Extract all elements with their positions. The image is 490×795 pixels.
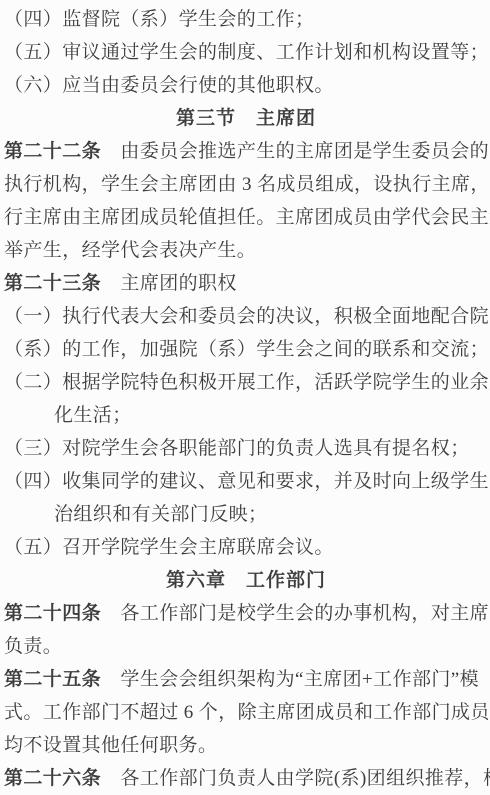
line-text: （系）的工作，加强院（系）学生会之间的联系和交流；: [4, 339, 489, 360]
line-text: 第三节 主席团: [176, 108, 316, 129]
text-line: （四）监督院（系）学生会的工作；: [4, 3, 488, 36]
text-line: 第六章 工作部门: [4, 564, 488, 597]
line-text: 式。工作部门不超过 6 个，除主席团成员和工作部门成员，: [4, 702, 490, 723]
document-page: （四）监督院（系）学生会的工作；（五）审议通过学生会的制度、工作计划和机构设置等…: [0, 0, 490, 795]
line-text: （一）执行代表大会和委员会的决议，积极全面地配合院: [4, 306, 489, 327]
text-line: （三）对院学生会各职能部门的负责人选具有提名权；: [4, 432, 488, 465]
line-text: 各工作部门是校学生会的办事机构，对主席团: [101, 603, 490, 624]
article-number: 第二十四条: [4, 603, 101, 624]
article-number: 第二十三条: [4, 273, 101, 294]
text-line: 第二十六条 各工作部门负责人由学院(系)团组织推荐，根: [4, 762, 488, 795]
line-text: 第六章 工作部门: [166, 570, 326, 591]
text-line: 行主席由主席团成员轮值担任。主席团成员由学代会民主选: [4, 201, 488, 234]
line-text: 执行机构，学生会主席团由 3 名成员组成，设执行主席，执: [4, 174, 490, 195]
text-line: （六）应当由委员会行使的其他职权。: [4, 69, 488, 102]
article-number: 第二十二条: [4, 141, 101, 162]
text-line: 举产生，经学代会表决产生。: [4, 234, 488, 267]
text-line: （二）根据学院特色积极开展工作，活跃学院学生的业余文: [4, 366, 488, 399]
text-line: 第二十四条 各工作部门是校学生会的办事机构，对主席团: [4, 597, 488, 630]
text-line: （五）召开学院学生会主席联席会议。: [4, 531, 488, 564]
document-body: （四）监督院（系）学生会的工作；（五）审议通过学生会的制度、工作计划和机构设置等…: [4, 3, 488, 795]
article-number: 第二十六条: [4, 768, 101, 789]
text-line: （五）审议通过学生会的制度、工作计划和机构设置等；: [4, 36, 488, 69]
line-text: 负责。: [4, 636, 62, 657]
text-line: 均不设置其他任何职务。: [4, 729, 488, 762]
text-line: （一）执行代表大会和委员会的决议，积极全面地配合院: [4, 300, 488, 333]
text-line: 第二十五条 学生会会组织架构为“主席团+工作部门”模: [4, 663, 488, 696]
line-text: （四）收集同学的建议、意见和要求，并及时向上级学生自: [4, 471, 490, 492]
line-text: （五）召开学院学生会主席联席会议。: [4, 537, 334, 558]
line-text: （二）根据学院特色积极开展工作，活跃学院学生的业余文: [4, 372, 490, 393]
line-text: 行主席由主席团成员轮值担任。主席团成员由学代会民主选: [4, 207, 490, 228]
text-line: 式。工作部门不超过 6 个，除主席团成员和工作部门成员，: [4, 696, 488, 729]
line-text: 各工作部门负责人由学院(系)团组织推荐，根: [101, 768, 490, 789]
line-text: （三）对院学生会各职能部门的负责人选具有提名权；: [4, 438, 470, 459]
text-line: 治组织和有关部门反映；: [4, 498, 488, 531]
text-line: （系）的工作，加强院（系）学生会之间的联系和交流；: [4, 333, 488, 366]
line-text: （六）应当由委员会行使的其他职权。: [4, 75, 334, 96]
text-line: 执行机构，学生会主席团由 3 名成员组成，设执行主席，执: [4, 168, 488, 201]
line-text: 主席团的职权: [101, 273, 237, 294]
line-text: （五）审议通过学生会的制度、工作计划和机构设置等；: [4, 42, 489, 63]
line-text: 由委员会推选产生的主席团是学生委员会的: [101, 141, 489, 162]
text-line: 第二十三条 主席团的职权: [4, 267, 488, 300]
text-line: （四）收集同学的建议、意见和要求，并及时向上级学生自: [4, 465, 488, 498]
text-line: 第三节 主席团: [4, 102, 488, 135]
line-text: 均不设置其他任何职务。: [4, 735, 217, 756]
line-text: 举产生，经学代会表决产生。: [4, 240, 256, 261]
text-line: 第二十二条 由委员会推选产生的主席团是学生委员会的: [4, 135, 488, 168]
text-line: 化生活；: [4, 399, 488, 432]
article-number: 第二十五条: [4, 669, 101, 690]
line-text: 治组织和有关部门反映；: [54, 504, 267, 525]
text-line: 负责。: [4, 630, 488, 663]
line-text: 学生会会组织架构为“主席团+工作部门”模: [101, 669, 479, 690]
line-text: （四）监督院（系）学生会的工作；: [4, 9, 314, 30]
line-text: 化生活；: [54, 405, 132, 426]
